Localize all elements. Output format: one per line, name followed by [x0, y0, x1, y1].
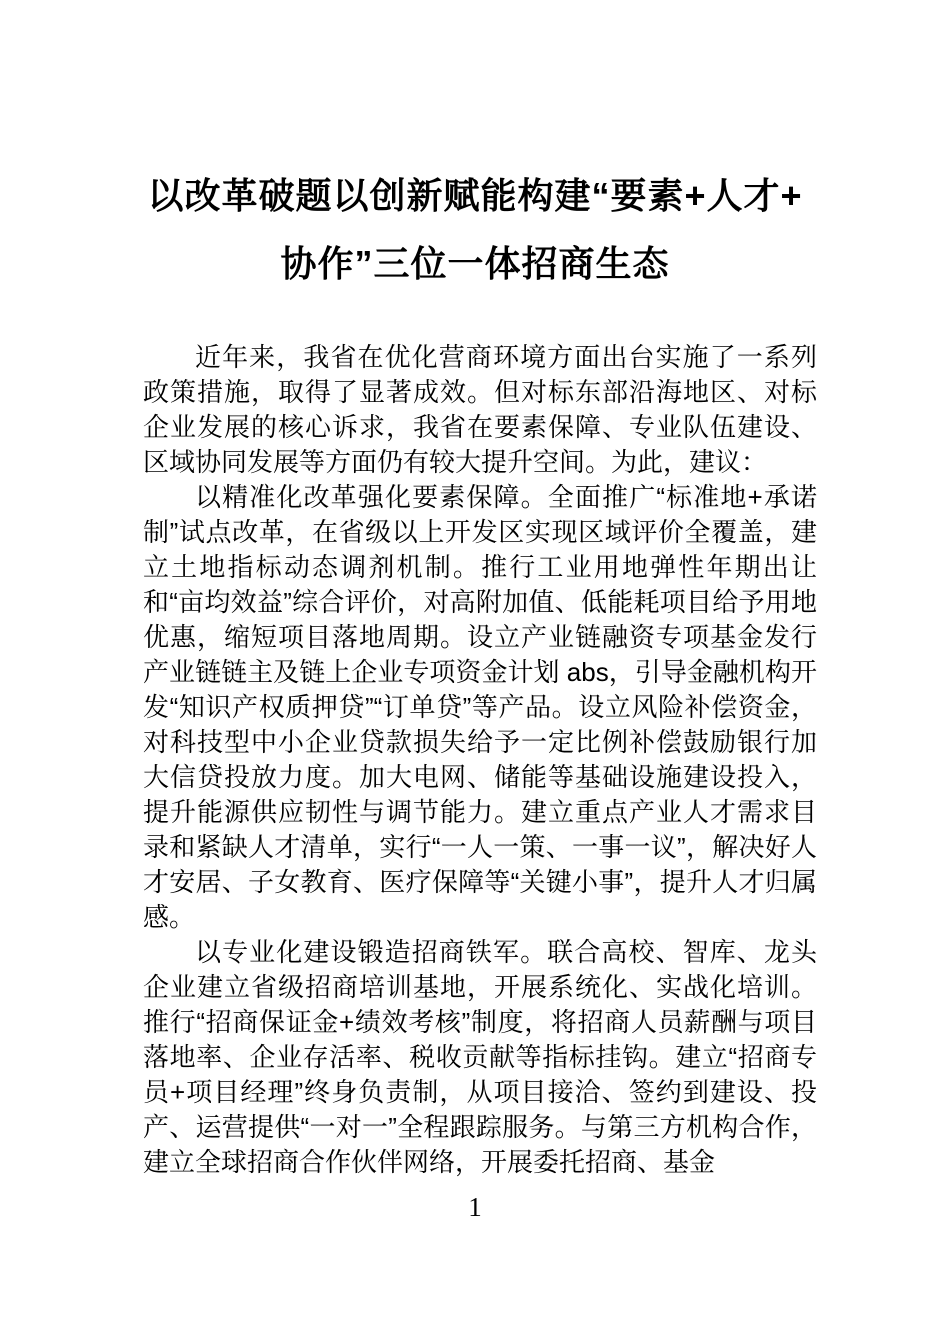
document-body: 近年来，我省在优化营商环境方面出台实施了一系列政策措施，取得了显著成效。但对标东… [143, 340, 817, 1180]
paragraph-professional-team-building: 以专业化建设锻造招商铁军。联合高校、智库、龙头企业建立省级招商培训基地，开展系统… [143, 935, 817, 1180]
page-footer: 1 [0, 1192, 950, 1223]
page-number: 1 [468, 1192, 482, 1222]
document-page: 以改革破题以创新赋能构建“要素+人才+ 协作”三位一体招商生态 近年来，我省在优… [0, 0, 950, 1344]
document-title-line-2: 协作”三位一体招商生态 [0, 230, 950, 298]
document-title-line-1: 以改革破题以创新赋能构建“要素+人才+ [0, 162, 950, 230]
paragraph-intro: 近年来，我省在优化营商环境方面出台实施了一系列政策措施，取得了显著成效。但对标东… [143, 340, 817, 480]
paragraph-factor-guarantee-reform: 以精准化改革强化要素保障。全面推广“标准地+承诺制”试点改革，在省级以上开发区实… [143, 480, 817, 935]
document-title: 以改革破题以创新赋能构建“要素+人才+ 协作”三位一体招商生态 [0, 0, 950, 298]
